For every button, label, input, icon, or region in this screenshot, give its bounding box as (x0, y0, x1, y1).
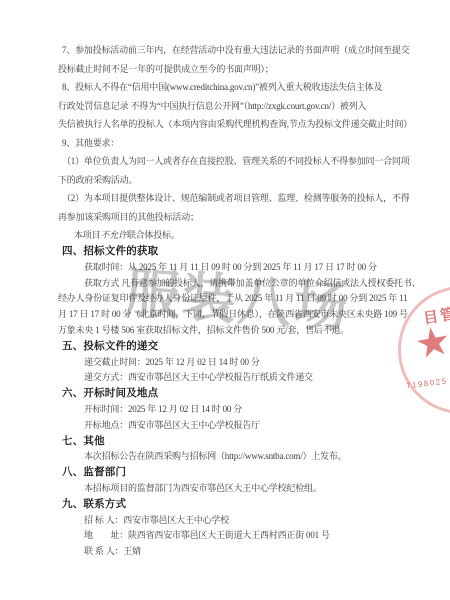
section6-heading: 六、开标时间及地点 (58, 386, 400, 402)
section6-open-time: 开标时间：2025 年 12 月 02 日 14 时 00 分 (58, 402, 400, 418)
clause9-sub1-line2: 下的政府采购活动。 (58, 171, 400, 190)
no-jv-prefix: 本项目 (74, 230, 100, 240)
notice-sections-block: 四、招标文件的获取 获取时间：从 2025 年 11 月 11 日 09 时 0… (58, 244, 400, 560)
section4-method-line3: 月 17 日 17 时 00 分（北京时间，下同，节假日休息），在陕西省西安市未… (58, 307, 400, 323)
section9-contact: 联 系 人：王婧 (58, 544, 400, 560)
section6-open-place: 开标地点：西安市鄠邑区大王中心学校报告厅 (58, 418, 400, 434)
no-joint-venture-line: 本项目不允许联合体投标。 (58, 226, 400, 245)
section4-heading: 四、招标文件的获取 (58, 244, 400, 260)
clause9-sub2-line1: （2）为本项目提供整体设计、规范编制或者项目管理、监理、检测等服务的投标人，不得 (58, 189, 400, 208)
seal-number: 7198025 (406, 376, 448, 390)
clause9-sub1-line1: （1）单位负责人为同一人或者存在直接控股、管理关系的不同投标人不得参加同一合同项 (58, 152, 400, 171)
clause8-line1: 8、投标人不得在“信用中国(www.creditchina.gov.cn)”被列… (58, 78, 400, 97)
star-icon: ★ (412, 320, 450, 366)
section4-method-line1: 获取方式 凡有意参加的投标人，请携带加盖单位公章的单位介绍信或法人授权委托书、 (58, 276, 400, 292)
section8-heading: 八、监督部门 (58, 465, 400, 481)
section9-bidder: 招 标 人：西安市鄠邑区大王中心学校 (58, 513, 400, 529)
no-jv-italic: 不允许 (100, 230, 126, 240)
section7-heading: 七、其他 (58, 434, 400, 450)
section8-body: 本招标项目的监督部门为西安市鄠邑区大王中心学校纪检组。 (58, 481, 400, 497)
clause7-line1: 7、参加投标活动前三年内，在经营活动中没有重大违法记录的书面声明（成立时间至提交 (58, 41, 400, 60)
official-seal-stamp: 目管 ★ 7198025 (398, 286, 450, 414)
scanned-tender-notice-page: 服装八场 目管 ★ 7198025 7、参加投标活动前三年内，在经营活动中没有重… (0, 0, 450, 600)
clause9-title: 9、其他要求： (58, 134, 400, 153)
section4-obtain-time: 获取时间：从 2025 年 11 月 11 日 09 时 00 分到 2025 … (58, 260, 400, 276)
section4-method-line4: 万象未央 1 号楼 506 室获取招标文件，招标文件售价 500 元/套，售后不… (58, 323, 400, 339)
section5-heading: 五、投标文件的递交 (58, 339, 400, 355)
section9-heading: 九、联系方式 (58, 497, 400, 513)
notice-clauses-block: 7、参加投标活动前三年内，在经营活动中没有重大违法记录的书面声明（成立时间至提交… (58, 41, 400, 245)
section7-body: 本次招标公告在陕西采购与招标网（http://www.sntba.com/）上发… (58, 449, 400, 465)
clause7-line2: 投标截止时间不足一年的可提供成立至今的书面声明）； (58, 60, 400, 79)
section5-method: 递交方式：西安市鄠邑区大王中心学校报告厅纸质文件递交 (58, 370, 400, 386)
section5-deadline: 递交截止时间：2025 年 12 月 02 日 14 时 00 分 (58, 355, 400, 371)
clause8-line2: 行政处罚信息记录 不得为“中国执行信息公开网”（http://zxgk.cour… (58, 97, 400, 116)
section9-address: 地 址：陕西省西安市鄠邑区大王街道大王西村西正街 001 号 (58, 528, 400, 544)
no-jv-suffix: 联合体投标。 (127, 230, 180, 240)
clause9-sub2-line2: 再参加该采购项目的其他投标活动； (58, 208, 400, 227)
clause8-line3: 失信被执行人名单的投标人（本项内容由采购代理机构查询,节点为投标文件递交截止时间… (58, 115, 400, 134)
section4-method-line2: 经办人身份证复印件及经办人身份证原件，于从 2025 年 11 月 11 日 0… (58, 291, 400, 307)
